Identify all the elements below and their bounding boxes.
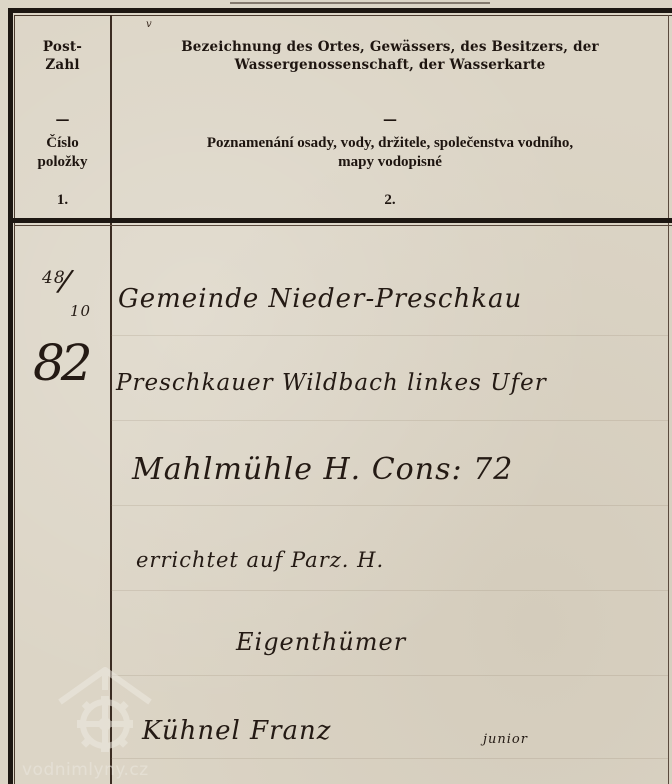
entry-owner-suffix: junior [483,732,528,747]
faint-ruling-line [111,758,668,759]
label-separator: — [112,112,668,128]
faint-ruling-line [111,675,668,676]
german-label-line-1: Bezeichnung des Ortes, Gewässers, des Be… [122,38,658,56]
entry-line-owner-heading: Eigenthümer [236,628,406,656]
watermark: vodnimlyny.cz [22,662,182,784]
entry-line-municipality: Gemeinde Nieder-Preschkau [118,284,522,314]
faint-ruling-line [111,505,668,506]
czech-label-line-2: položky [15,153,110,172]
table-left-border [8,8,13,784]
header-bottom-rule [8,218,672,223]
faint-ruling-line [111,335,668,336]
table-top-border [8,8,672,13]
faint-ruling-line [111,420,668,421]
column-2-german-label: Bezeichnung des Ortes, Gewässers, des Be… [122,38,658,74]
faint-ruling-line [111,590,668,591]
cropped-page-heading [230,0,490,4]
column-1-czech-label: Číslo položky [15,134,110,172]
entry-line-location: errichtet auf Parz. H. [136,548,384,572]
header-bottom-inner-rule [14,225,672,226]
czech-label-line-2: mapy vodopisné [122,153,658,172]
table-right-border [668,15,669,784]
header-column-2: Bezeichnung des Ortes, Gewässers, des Be… [112,16,668,218]
label-separator: — [15,112,110,128]
margin-check-mark: v [146,19,152,30]
entry-line-water-body: Preschkauer Wildbach linkes Ufer [116,370,547,396]
column-1-german-label: Post- Zahl [15,38,110,74]
column-2-number: 2. [112,192,668,209]
german-label-line-2: Wassergenossenschaft, der Wasserkarte [122,56,658,74]
german-label-line-1: Post- [15,38,110,56]
czech-label-line-1: Poznamenání osady, vody, držitele, spole… [122,134,658,153]
german-label-line-2: Zahl [15,56,110,74]
entry-line-mill-type: Mahlmühle H. Cons: 72 [132,452,513,487]
watermill-gear-icon [50,662,160,762]
header-column-1: Post- Zahl — Číslo položky 1. [15,16,110,218]
column-2-czech-label: Poznamenání osady, vody, držitele, spole… [122,134,658,172]
watermark-text: vodnimlyny.cz [22,760,192,780]
column-1-number: 1. [15,192,110,209]
czech-label-line-1: Číslo [15,134,110,153]
item-number: 82 [33,334,89,392]
reference-fraction-denominator: 10 [70,302,91,320]
